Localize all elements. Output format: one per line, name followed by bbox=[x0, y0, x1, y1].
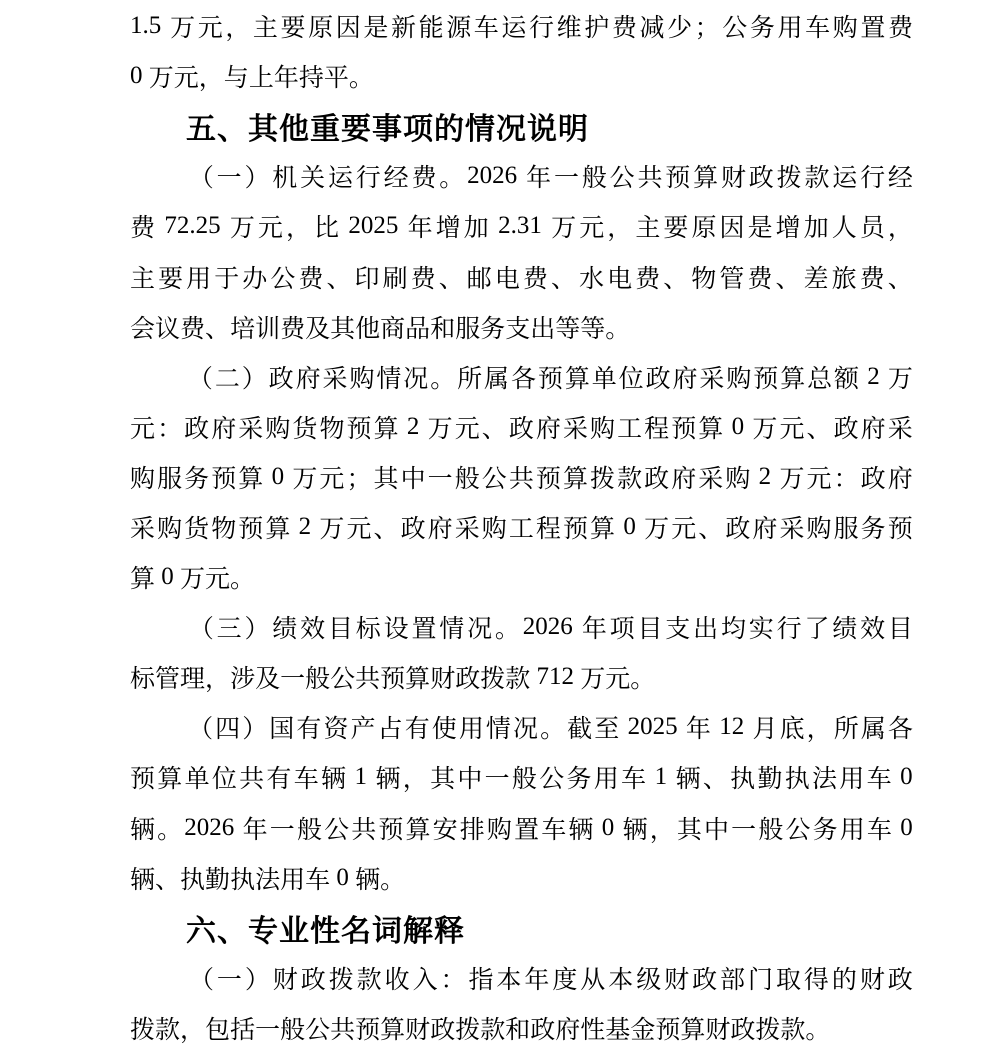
body-text-line: 预算单位共有车辆 1 辆，其中一般公务用车 1 辆、执勤执法用车 0 bbox=[130, 752, 913, 802]
body-text-line: （四）国有资产占有使用情况。截至 2025 年 12 月底，所属各 bbox=[130, 702, 913, 752]
body-text-line: 辆、执勤执法用车 0 辆。 bbox=[130, 853, 913, 903]
section-heading: 五、其他重要事项的情况说明 bbox=[130, 101, 913, 151]
body-text-line: （二）政府采购情况。所属各预算单位政府采购预算总额 2 万 bbox=[130, 352, 913, 402]
body-text-line: 主要用于办公费、印刷费、邮电费、水电费、物管费、差旅费、 bbox=[130, 251, 913, 301]
body-text-line: （三）绩效目标设置情况。2026 年项目支出均实行了绩效目 bbox=[130, 602, 913, 652]
document-page: 1.5 万元，主要原因是新能源车运行维护费减少；公务用车购置费0 万元，与上年持… bbox=[0, 0, 1000, 1053]
body-text-line: 0 万元，与上年持平。 bbox=[130, 51, 913, 101]
section-heading: 六、专业性名词解释 bbox=[130, 903, 913, 953]
body-text-line: 1.5 万元，主要原因是新能源车运行维护费减少；公务用车购置费 bbox=[130, 1, 913, 51]
body-text-line: 标管理，涉及一般公共预算财政拨款 712 万元。 bbox=[130, 652, 913, 702]
body-text-line: 算 0 万元。 bbox=[130, 552, 913, 602]
body-text-line: （一）机关运行经费。2026 年一般公共预算财政拨款运行经 bbox=[130, 151, 913, 201]
body-text-line: 会议费、培训费及其他商品和服务支出等等。 bbox=[130, 302, 913, 352]
body-text-line: （一）财政拨款收入：指本年度从本级财政部门取得的财政 bbox=[130, 953, 913, 1003]
body-text-line: 购服务预算 0 万元；其中一般公共预算拨款政府采购 2 万元：政府 bbox=[130, 452, 913, 502]
document-body: 1.5 万元，主要原因是新能源车运行维护费减少；公务用车购置费0 万元，与上年持… bbox=[130, 1, 913, 1053]
body-text-line: 费 72.25 万元，比 2025 年增加 2.31 万元，主要原因是增加人员， bbox=[130, 201, 913, 251]
body-text-line: 辆。2026 年一般公共预算安排购置车辆 0 辆，其中一般公务用车 0 bbox=[130, 803, 913, 853]
body-text-line: 拨款，包括一般公共预算财政拨款和政府性基金预算财政拨款。 bbox=[130, 1003, 913, 1053]
body-text-line: 元：政府采购货物预算 2 万元、政府采购工程预算 0 万元、政府采 bbox=[130, 402, 913, 452]
body-text-line: 采购货物预算 2 万元、政府采购工程预算 0 万元、政府采购服务预 bbox=[130, 502, 913, 552]
